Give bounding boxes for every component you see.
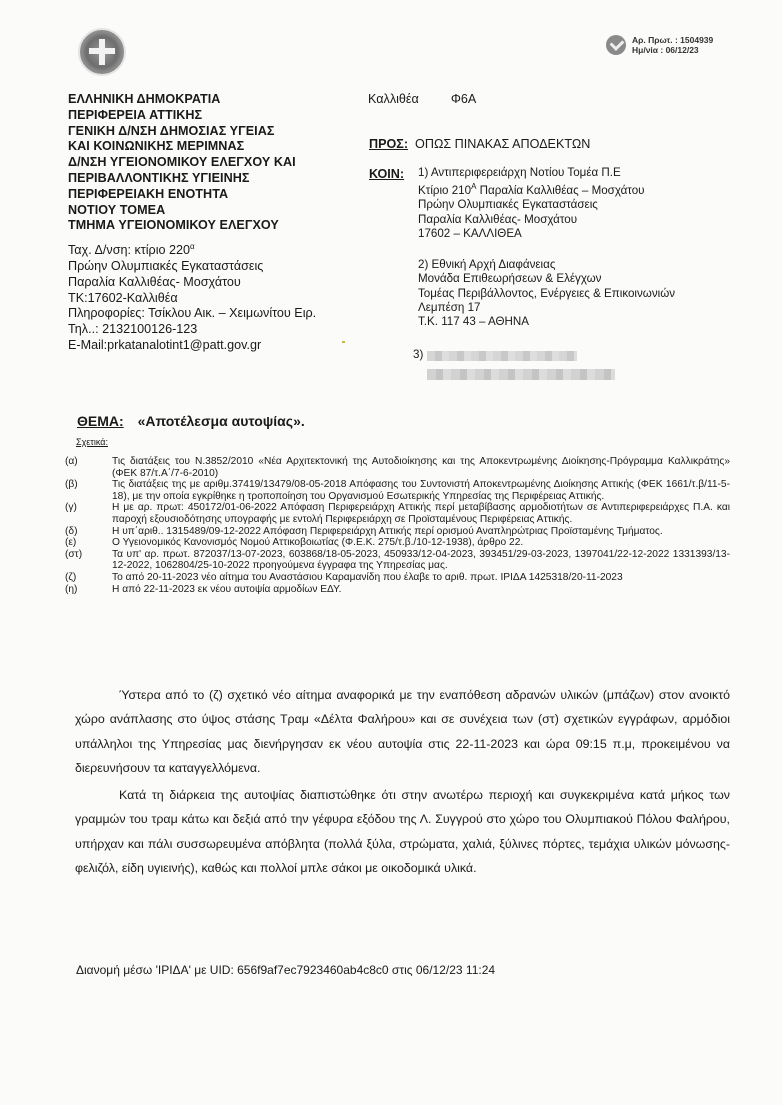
issuer-line: ΚΑΙ ΚΟΙΝΩΝΙΚΗΣ ΜΕΡΙΜΝΑΣ	[68, 139, 296, 155]
references-list: (α)Τις διατάξεις του Ν.3852/2010 «Νέα Αρ…	[64, 456, 730, 595]
cc2-line: Μονάδα Επιθεωρήσεων & Ελέγχων	[418, 272, 675, 286]
reference-item: (ε)Ο Υγειονομικός Κανονισμός Νομού Αττικ…	[64, 537, 730, 549]
coat-of-arms-emblem	[80, 30, 124, 74]
contact-block: Ταχ. Δ/νση: κτίριο 220α Πρώην Ολυμπιακές…	[68, 239, 316, 354]
contact-email: E-Mail:prkatanalotint1@patt.gov.gr	[68, 338, 316, 354]
cc1-line: 17602 – ΚΑΛΛΙΘΕΑ	[418, 227, 645, 241]
contact-phone: Τηλ..: 2132100126-123	[68, 322, 316, 338]
recipient-to: ΠΡΟΣ: ΟΠΩΣ ΠΙΝΑΚΑΣ ΑΠΟΔΕΚΤΩΝ	[369, 137, 590, 151]
stamp-text: Αρ. Πρωτ. : 1504939 Ημ/νία : 06/12/23	[632, 35, 713, 55]
contact-line: ΤΚ:17602-Καλλιθέα	[68, 291, 316, 307]
cc-recipient-1: 1) Αντιπεριφερειάρχη Νοτίου Τομέα Π.Ε Κτ…	[418, 166, 645, 241]
issuer-line: ΠΕΡΙΦΕΡΕΙΑ ΑΤΤΙΚΗΣ	[68, 108, 296, 124]
contact-line: Παραλία Καλλιθέας- Μοσχάτου	[68, 275, 316, 291]
cc2-line: 2) Εθνική Αρχή Διαφάνειας	[418, 258, 675, 272]
iris-seal-icon	[606, 35, 626, 55]
cc-recipient-2: 2) Εθνική Αρχή Διαφάνειας Μονάδα Επιθεωρ…	[418, 258, 675, 329]
contact-line: Πρώην Ολυμπιακές Εγκαταστάσεις	[68, 259, 316, 275]
reference-item: (δ)Η υπ΄αριθ.. 1315489/09-12-2022 Απόφασ…	[64, 526, 730, 538]
cc1-line: Πρώην Ολυμπιακές Εγκαταστάσεις	[418, 198, 645, 212]
cc2-line: Τομέας Περιβάλλοντος, Ενέργειες & Επικοι…	[418, 287, 675, 301]
to-value: ΟΠΩΣ ΠΙΝΑΚΑΣ ΑΠΟΔΕΚΤΩΝ	[415, 137, 590, 151]
redacted-text	[427, 369, 615, 380]
cc1-address: Κτίριο 210Α Παραλία Καλλιθέας – Μοσχάτου	[418, 180, 645, 198]
cc1-line: 1) Αντιπεριφερειάρχη Νοτίου Τομέα Π.Ε	[418, 166, 645, 180]
cc1-line: Παραλία Καλλιθέας- Μοσχάτου	[418, 213, 645, 227]
body-paragraph: Ύστερα από το (ζ) σχετικό νέο αίτημα ανα…	[75, 683, 730, 780]
cc2-line: Λεμπέση 17	[418, 301, 675, 315]
issuer-line: ΕΛΛΗΝΙΚΗ ΔΗΜΟΚΡΑΤΙΑ	[68, 92, 296, 108]
reference-item: (β)Τις διατάξεις της με αριθμ.37419/1347…	[64, 479, 730, 502]
scan-speck	[342, 341, 345, 343]
cc-recipient-3: 3)	[413, 348, 577, 362]
protocol-stamp: Αρ. Πρωτ. : 1504939 Ημ/νία : 06/12/23	[606, 35, 713, 55]
issuer-line: Δ/ΝΣΗ ΥΓΕΙΟΝΟΜΙΚΟΥ ΕΛΕΓΧΟΥ ΚΑΙ	[68, 155, 296, 171]
cc3-label: 3)	[413, 348, 423, 362]
to-label: ΠΡΟΣ:	[369, 137, 408, 151]
reference-item: (η)Η από 22-11-2023 εκ νέου αυτοψία αρμο…	[64, 584, 730, 596]
protocol-number: Αρ. Πρωτ. : 1504939	[632, 35, 713, 45]
cc2-line: Τ.Κ. 117 43 – ΑΘΗΝΑ	[418, 315, 675, 329]
issuer-line: ΠΕΡΙΒΑΛΛΟΝΤΙΚΗΣ ΥΓΙΕΙΝΗΣ	[68, 171, 296, 187]
reference-item: (α)Τις διατάξεις του Ν.3852/2010 «Νέα Αρ…	[64, 456, 730, 479]
cc-label-wrap: ΚΟΙΝ:	[369, 167, 404, 181]
reference-item: (γ)Η με αρ. πρωτ: 450172/01-06-2022 Απόφ…	[64, 502, 730, 525]
place-and-code: ΚαλλιθέαΦ6Α	[368, 92, 476, 106]
protocol-date: Ημ/νία : 06/12/23	[632, 45, 713, 55]
issuer-line: ΠΕΡΙΦΕΡΕΙΑΚΗ ΕΝΟΤΗΤΑ	[68, 187, 296, 203]
subject: ΘΕΜΑ: «Αποτέλεσμα αυτοψίας».	[77, 413, 305, 429]
body-text: Ύστερα από το (ζ) σχετικό νέο αίτημα ανα…	[75, 683, 730, 883]
body-paragraph: Κατά τη διάρκεια της αυτοψίας διαπιστώθη…	[75, 783, 730, 880]
document-code: Φ6Α	[451, 92, 476, 106]
subject-value: «Αποτέλεσμα αυτοψίας».	[138, 413, 305, 429]
issuer-line: ΤΜΗΜΑ ΥΓΕΙΟΝΟΜΙΚΟΥ ΕΛΕΓΧΟΥ	[68, 218, 296, 234]
related-label: Σχετικά:	[76, 437, 108, 447]
reference-item: (ζ)Το από 20-11-2023 νέο αίτημα του Ανασ…	[64, 572, 730, 584]
cc-label: ΚΟΙΝ:	[369, 167, 404, 181]
distribution-footer: Διανομή μέσω 'ΙΡΙΔΑ' με UID: 656f9af7ec7…	[76, 963, 495, 977]
postal-address: Ταχ. Δ/νση: κτίριο 220α	[68, 239, 316, 259]
redacted-text	[427, 351, 577, 361]
issuer-line: ΝΟΤΙΟΥ ΤΟΜΕΑ	[68, 203, 296, 219]
issuer-line: ΓΕΝΙΚΗ Δ/ΝΣΗ ΔΗΜΟΣΙΑΣ ΥΓΕΙΑΣ	[68, 124, 296, 140]
reference-item: (στ)Τα υπ' αρ. πρωτ. 872037/13-07-2023, …	[64, 549, 730, 572]
issuer-block: ΕΛΛΗΝΙΚΗ ΔΗΜΟΚΡΑΤΙΑ ΠΕΡΙΦΕΡΕΙΑ ΑΤΤΙΚΗΣ Γ…	[68, 92, 296, 234]
place-city: Καλλιθέα	[368, 92, 419, 106]
subject-label: ΘΕΜΑ:	[77, 413, 124, 429]
contact-info-person: Πληροφορίες: Τσίκλου Αικ. – Χειμωνίτου Ε…	[68, 306, 316, 322]
cross-horizontal	[89, 48, 115, 54]
